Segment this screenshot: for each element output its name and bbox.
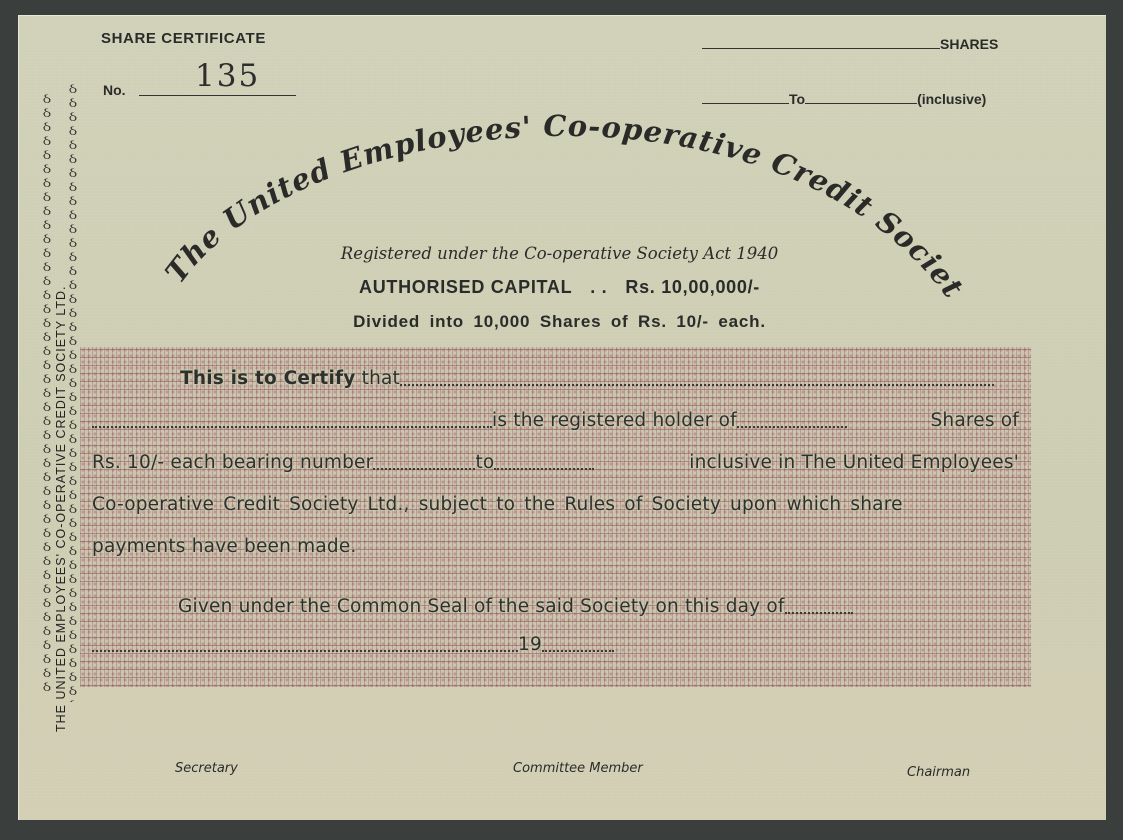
capital-separator: . .: [590, 277, 607, 297]
society-rules-text: Co-operative Credit Society Ltd., subjec…: [92, 494, 903, 515]
body-line-5: payments have been made.: [92, 526, 1019, 568]
capital-value: Rs. 10,00,000/-: [625, 277, 760, 297]
committee-member-signature: Committee Member: [513, 761, 643, 776]
that-text: that: [362, 368, 400, 389]
body-line-6: Given under the Common Seal of the said …: [92, 586, 1019, 628]
body-line-3: Rs. 10/- each bearing numberto inclusive…: [92, 442, 1019, 484]
month-blank[interactable]: [92, 624, 518, 652]
body-line-2: is the registered holder of Shares of: [92, 400, 1019, 442]
inclusive-in-text: inclusive in The United Employees': [689, 442, 1019, 484]
registration-note: Registered under the Co-operative Societ…: [0, 244, 1121, 263]
shares-held-blank[interactable]: [737, 400, 847, 428]
number-to-blank[interactable]: [494, 442, 594, 470]
side-border-text: THE UNITED EMPLOYEES' CO-OPERATIVE CREDI…: [54, 286, 68, 733]
certify-heading: This is to Certify: [180, 368, 356, 389]
society-name-arch: The United Employees' Co-operative Credi…: [0, 0, 1123, 320]
to-text: to: [475, 452, 494, 473]
number-from-blank[interactable]: [373, 442, 475, 470]
secretary-signature: Secretary: [175, 761, 238, 776]
chairman-signature: Chairman: [907, 765, 970, 780]
body-line-7: 19: [92, 624, 1019, 666]
authorised-capital: AUTHORISED CAPITAL. .Rs. 10,00,000/-: [0, 277, 1121, 298]
certificate-body: This is to Certify that is the registere…: [92, 358, 1019, 666]
holder-text: is the registered holder of: [492, 410, 737, 431]
holder-name-blank[interactable]: [400, 358, 994, 386]
body-line-1: This is to Certify that: [92, 358, 1019, 400]
capital-label: AUTHORISED CAPITAL: [359, 277, 572, 297]
day-blank[interactable]: [785, 586, 853, 614]
holder-name-blank-2[interactable]: [92, 400, 492, 428]
body-line-4: Co-operative Credit Society Ltd., subjec…: [92, 484, 1019, 526]
year-prefix: 19: [518, 634, 542, 655]
year-blank[interactable]: [542, 624, 614, 652]
rs-each-text: Rs. 10/- each bearing number: [92, 452, 373, 473]
shares-of-text: Shares of: [930, 400, 1019, 442]
payments-text: payments have been made.: [92, 536, 356, 557]
share-division: Divided into 10,000 Shares of Rs. 10/- e…: [0, 312, 1121, 332]
given-under-seal-text: Given under the Common Seal of the said …: [178, 596, 785, 617]
